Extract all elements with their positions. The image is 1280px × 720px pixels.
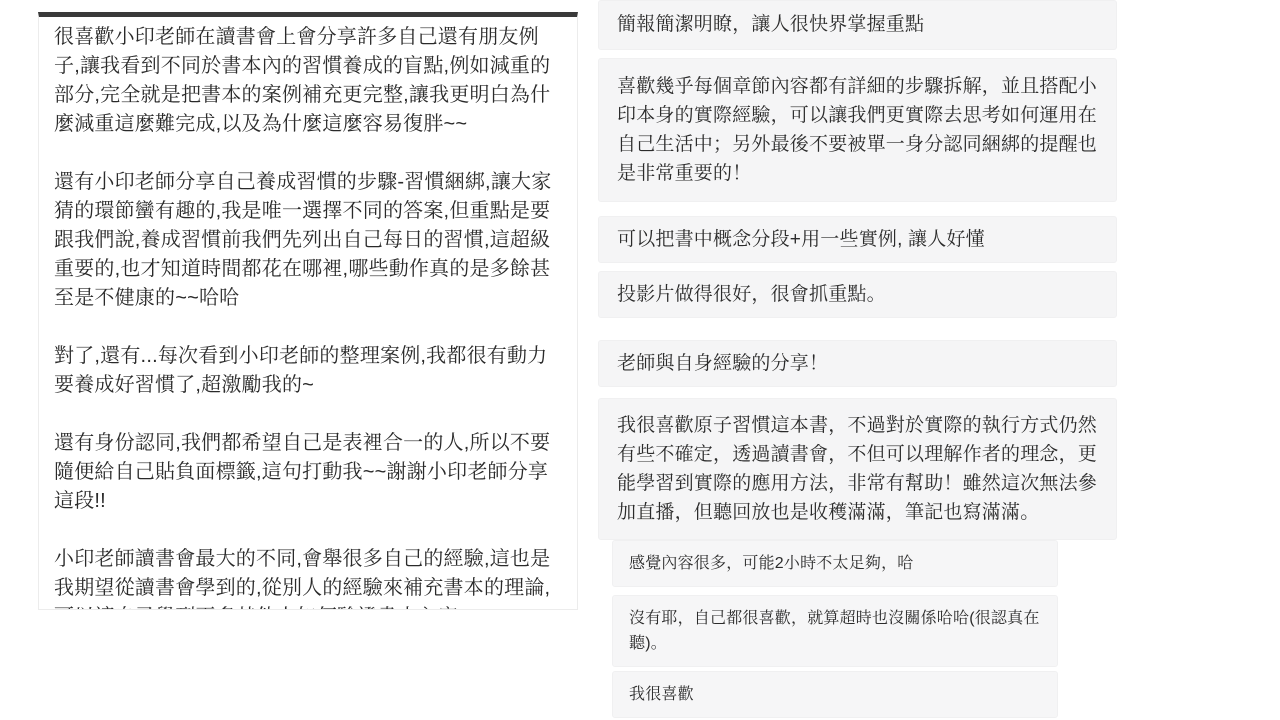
review-text: 投影片做得很好，很會抓重點。	[617, 284, 886, 305]
long-review-card: 很喜歡小印老師在讀書會上會分享許多自己還有朋友例子,讓我看到不同於書本內的習慣養…	[38, 12, 578, 610]
reply-text: 沒有耶，自己都很喜歡，就算超時也沒關係哈哈(很認真在聽)。	[629, 610, 1040, 652]
review-card: 投影片做得很好，很會抓重點。	[598, 271, 1117, 318]
review-card: 我很喜歡原子習慣這本書，不過對於實際的執行方式仍然有些不確定，透過讀書會，不但可…	[598, 398, 1117, 540]
feedback-collage: 很喜歡小印老師在讀書會上會分享許多自己還有朋友例子,讓我看到不同於書本內的習慣養…	[0, 0, 1280, 720]
review-paragraph: 對了,還有...每次看到小印老師的整理案例,我都很有動力要養成好習慣了,超激勵我…	[54, 342, 562, 400]
review-text: 可以把書中概念分段+用一些實例, 讓人好懂	[617, 229, 985, 250]
review-card: 簡報簡潔明瞭，讓人很快界掌握重點	[598, 0, 1117, 50]
review-paragraph: 還有身份認同,我們都希望自己是表裡合一的人,所以不要隨便給自己貼負面標籤,這句打…	[54, 429, 562, 516]
reply-card: 沒有耶，自己都很喜歡，就算超時也沒關係哈哈(很認真在聽)。	[612, 595, 1058, 667]
reply-text: 我很喜歡	[629, 686, 694, 703]
reply-text: 感覺內容很多，可能2小時不太足夠，哈	[629, 555, 914, 572]
reply-card: 感覺內容很多，可能2小時不太足夠，哈	[612, 540, 1058, 587]
review-text: 我很喜歡原子習慣這本書，不過對於實際的執行方式仍然有些不確定，透過讀書會，不但可…	[617, 415, 1097, 523]
review-paragraph: 還有小印老師分享自己養成習慣的步驟-習慣綑綁,讓大家猜的環節蠻有趣的,我是唯一選…	[54, 168, 562, 313]
review-paragraph: 小印老師讀書會最大的不同,會舉很多自己的經驗,這也是我期望從讀書會學到的,從別人…	[54, 545, 562, 610]
review-card: 老師與自身經驗的分享！	[598, 340, 1117, 387]
review-paragraph: 很喜歡小印老師在讀書會上會分享許多自己還有朋友例子,讓我看到不同於書本內的習慣養…	[54, 23, 562, 139]
review-text: 簡報簡潔明瞭，讓人很快界掌握重點	[617, 14, 924, 35]
review-card: 可以把書中概念分段+用一些實例, 讓人好懂	[598, 216, 1117, 263]
reply-card: 我很喜歡	[612, 671, 1058, 718]
review-text: 喜歡幾乎每個章節內容都有詳細的步驟拆解，並且搭配小印本身的實際經驗，可以讓我們更…	[617, 76, 1097, 184]
review-card: 喜歡幾乎每個章節內容都有詳細的步驟拆解，並且搭配小印本身的實際經驗，可以讓我們更…	[598, 58, 1117, 202]
review-text: 老師與自身經驗的分享！	[617, 353, 828, 374]
